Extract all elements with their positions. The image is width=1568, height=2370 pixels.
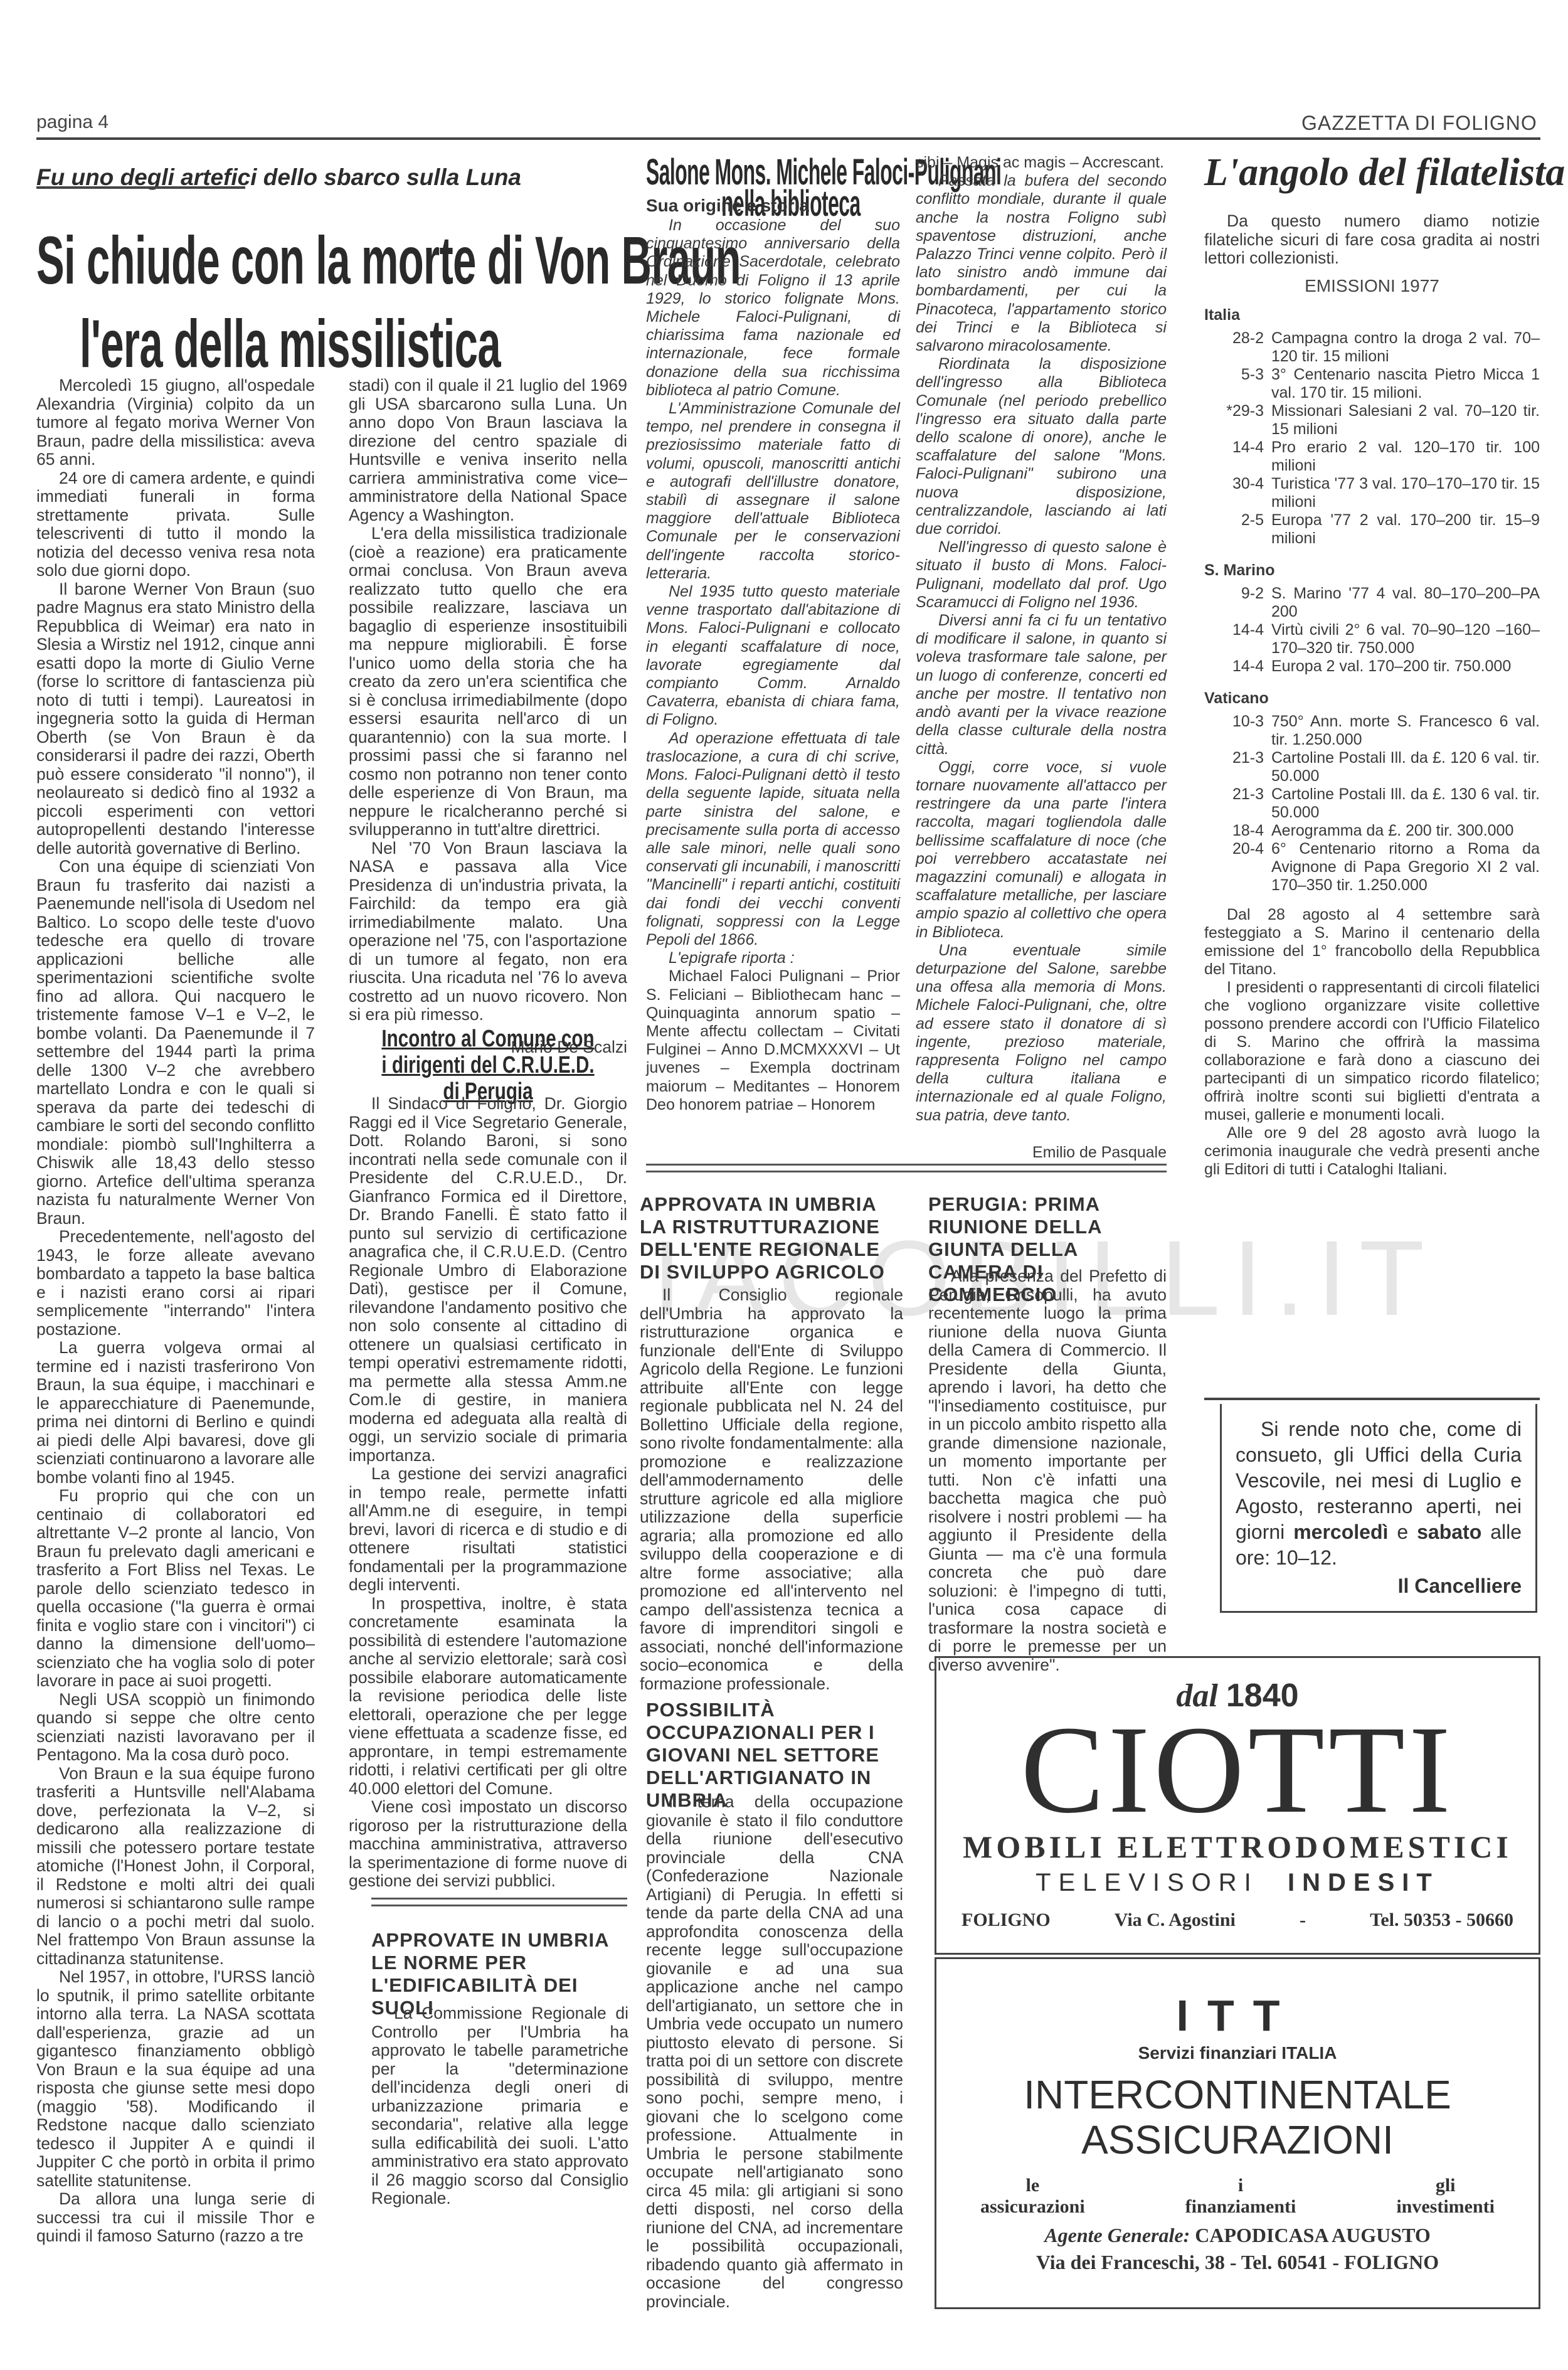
article-title-line2: l'era della missilistica: [80, 306, 501, 381]
stamp-item: 21-3Cartoline Postali Ill. da £. 130 6 v…: [1204, 785, 1540, 822]
paragraph: L'epigrafe riporta :: [646, 949, 900, 967]
stamp-item: 9-2S. Marino '77 4 val. 80–170–200–PA 20…: [1204, 585, 1540, 621]
paragraph: Viene così impostato un discorso rigoros…: [349, 1798, 627, 1891]
curia-notice-box: Si rende noto che, come di consueto, gli…: [1220, 1404, 1537, 1613]
vonbraun-col2: stadi) con il quale il 21 luglio del 196…: [349, 376, 627, 1056]
paragraph: Precedentemente, nell'agosto del 1943, l…: [36, 1228, 315, 1339]
paragraph: Il barone Werner Von Braun (suo padre Ma…: [36, 580, 315, 858]
comune-title: Incontro al Comune con i dirigenti del C…: [379, 1026, 596, 1105]
ad-agent: Agente Generale: CAPODICASA AUGUSTO: [936, 2224, 1539, 2247]
ad-line1: MOBILI ELETTRODOMESTICI: [936, 1829, 1539, 1865]
paragraph: 24 ore di camera ardente, e quindi immed…: [36, 469, 315, 580]
paragraph: sibi – Magis ac magis – Accrescant.: [916, 154, 1167, 172]
emissioni-heading: EMISSIONI 1977: [1204, 276, 1540, 296]
paragraph: L'Amministrazione Comunale del tempo, ne…: [646, 400, 900, 583]
stamp-item: 5-33° Centenario nascita Pietro Micca 1 …: [1204, 366, 1540, 402]
paragraph: Il tema della occupazione giovanile è st…: [646, 1793, 903, 2311]
paragraph: Il Sindaco di Foligno, Dr. Giorgio Raggi…: [349, 1095, 627, 1465]
kicker-underline: [36, 186, 245, 189]
notice-top-rule: [1204, 1398, 1540, 1400]
country-heading: Vaticano: [1204, 689, 1540, 708]
stamp-item: 14-4Pro erario 2 val. 120–170 tir. 100 m…: [1204, 438, 1540, 475]
salone-col2: sibi – Magis ac magis – Accrescant. Pass…: [916, 154, 1167, 1162]
stamp-item: 20-46° Centenario ritorno a Roma da Avig…: [1204, 840, 1540, 895]
occupazione-body: Il tema della occupazione giovanile è st…: [646, 1793, 903, 2311]
ad-address: Via dei Franceschi, 38 - Tel. 60541 - FO…: [936, 2251, 1539, 2274]
section-divider: [371, 1898, 627, 1906]
filatelia-title: L'angolo del filatelista: [1204, 151, 1565, 195]
agricolo-body: Il Consiglio regionale dell'Umbria ha ap…: [640, 1286, 903, 1693]
paragraph: Da allora una lunga serie di successi tr…: [36, 2190, 315, 2246]
agricolo-title: APPROVATA IN UMBRIA LA RISTRUTTURAZIONE …: [640, 1193, 903, 1283]
ad-services: leassicurazioni ifinanziamenti gliinvest…: [936, 2175, 1539, 2218]
filatelia-outro: Dal 28 agosto al 4 settembre sarà festeg…: [1204, 906, 1540, 1179]
notice-signature: Il Cancelliere: [1236, 1573, 1522, 1599]
ad-name2: ASSICURAZIONI: [936, 2117, 1539, 2162]
paragraph: stadi) con il quale il 21 luglio del 196…: [349, 376, 627, 524]
ad-brand: ITT: [936, 1990, 1539, 2041]
stamp-item: 18-4Aerogramma da £. 200 tir. 300.000: [1204, 822, 1540, 840]
comune-body: Il Sindaco di Foligno, Dr. Giorgio Raggi…: [349, 1095, 627, 1891]
paragraph: Ad operazione effettuata di tale trasloc…: [646, 730, 900, 949]
paragraph: In prospettiva, inoltre, è stata concret…: [349, 1595, 627, 1799]
itt-ad: ITT Servizi finanziari ITALIA INTERCONTI…: [935, 1957, 1540, 2309]
stamp-item: *29-3Missionari Salesiani 2 val. 70–120 …: [1204, 402, 1540, 438]
salone-subtitle: Sua origine e storia: [646, 196, 809, 216]
filatelia-intro: Da questo numero diamo notizie filatelic…: [1204, 212, 1540, 268]
stamp-item: 28-2Campagna contro la droga 2 val. 70–1…: [1204, 329, 1540, 366]
paragraph: Alla presenza del Prefetto di Perugia, C…: [928, 1267, 1167, 1674]
ad-sub: Servizi finanziari ITALIA: [936, 2043, 1539, 2063]
paragraph: L'era della missilistica tradizionale (c…: [349, 524, 627, 839]
section-divider: [646, 1164, 1167, 1172]
header-rule: [36, 137, 1540, 140]
paragraph: Dal 28 agosto al 4 settembre sarà festeg…: [1204, 906, 1540, 979]
paragraph: Nel 1957, in ottobre, l'URSS lanciò lo s…: [36, 1968, 315, 2190]
stamp-item: 10-3750° Ann. morte S. Francesco 6 val. …: [1204, 713, 1540, 749]
epigraph: Michael Faloci Pulignani – Prior S. Feli…: [646, 967, 900, 1114]
ad-brand: CIOTTI: [936, 1717, 1539, 1824]
paragraph: Passata la bufera del secondo conflitto …: [916, 172, 1167, 355]
paragraph: Von Braun e la sua équipe furono trasfer…: [36, 1765, 315, 1969]
stamp-item: 14-4Virtù civili 2° 6 val. 70–90–120 –16…: [1204, 621, 1540, 657]
vonbraun-col1: Mercoledì 15 giugno, all'ospedale Alexan…: [36, 376, 315, 2246]
paragraph: Negli USA scoppiò un finimondo quando si…: [36, 1691, 315, 1765]
salone-col1: In occasione del suo cinquantesimo anniv…: [646, 216, 900, 1114]
country-heading: S. Marino: [1204, 561, 1540, 580]
paragraph: La gestione dei servizi anagrafici in te…: [349, 1465, 627, 1595]
suoli-body: La Commissione Regionale di Controllo pe…: [371, 2004, 628, 2208]
paragraph: Riordinata la disposizione dell'ingresso…: [916, 355, 1167, 538]
ad-name1: INTERCONTINENTALE: [936, 2072, 1539, 2117]
stamp-item: 30-4Turistica '77 3 val. 170–170–170 tir…: [1204, 475, 1540, 511]
ad-line2: TELEVISORI INDESIT: [936, 1869, 1539, 1897]
paragraph: In occasione del suo cinquantesimo anniv…: [646, 216, 900, 400]
paragraph: Con una équipe di scienziati Von Braun f…: [36, 858, 315, 1228]
curia-notice-text: Si rende noto che, come di consueto, gli…: [1222, 1404, 1535, 1599]
paragraph: Il Consiglio regionale dell'Umbria ha ap…: [640, 1286, 903, 1693]
article-author: Emilio de Pasquale: [916, 1144, 1167, 1162]
page-number: pagina 4: [36, 112, 109, 133]
paragraph: Da questo numero diamo notizie filatelic…: [1204, 212, 1540, 268]
stamp-item: 14-4Europa 2 val. 170–200 tir. 750.000: [1204, 657, 1540, 676]
article-title-line1: Si chiude con la morte di Von Braun: [36, 223, 408, 298]
paragraph: Oggi, corre voce, si vuole tornare nuova…: [916, 758, 1167, 942]
stamp-item: 21-3Cartoline Postali Ill. da £. 120 6 v…: [1204, 749, 1540, 785]
paragraph: Diversi anni fa ci fu un tentativo di mo…: [916, 612, 1167, 758]
paragraph: Nell'ingresso di questo salone è situato…: [916, 538, 1167, 612]
paragraph: La Commissione Regionale di Controllo pe…: [371, 2004, 628, 2208]
paragraph: La guerra volgeva ormai al termine ed i …: [36, 1339, 315, 1487]
paragraph: Una eventuale simile deturpazione del Sa…: [916, 942, 1167, 1125]
paragraph: Fu proprio qui che con un centinaio di c…: [36, 1487, 315, 1691]
stamp-item: 2-5Europa '77 2 val. 170–200 tir. 15–9 m…: [1204, 511, 1540, 548]
paragraph: Alle ore 9 del 28 agosto avrà luogo la c…: [1204, 1124, 1540, 1179]
stamp-list: Italia 28-2Campagna contro la droga 2 va…: [1204, 301, 1540, 1179]
perugia-body: Alla presenza del Prefetto di Perugia, C…: [928, 1267, 1167, 1674]
paragraph: Nel '70 Von Braun lasciava la NASA e pas…: [349, 839, 627, 1024]
paragraph: I presidenti o rappresentanti di circoli…: [1204, 979, 1540, 1124]
newspaper-name: GAZZETTA DI FOLIGNO: [1301, 112, 1537, 135]
ad-contact: FOLIGNOVia C. Agostini-Tel. 50353 - 5066…: [936, 1910, 1539, 1931]
paragraph: Mercoledì 15 giugno, all'ospedale Alexan…: [36, 376, 315, 469]
ciotti-ad: dal 1840 CIOTTI MOBILI ELETTRODOMESTICI …: [935, 1656, 1540, 1955]
paragraph: Nel 1935 tutto questo materiale venne tr…: [646, 583, 900, 730]
country-heading: Italia: [1204, 306, 1540, 324]
